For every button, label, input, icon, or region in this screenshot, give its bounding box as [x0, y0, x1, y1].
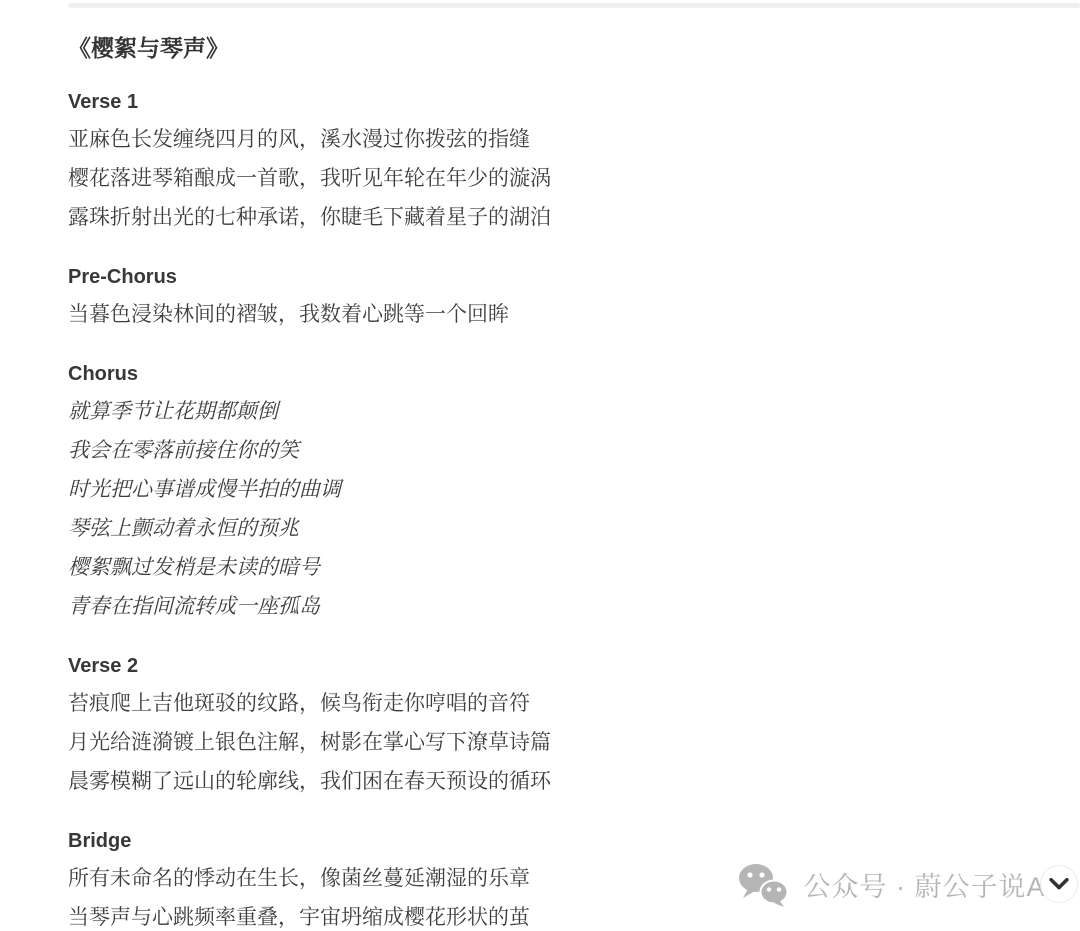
lyric-line: 樱絮飘过发梢是未读的暗号 — [68, 548, 660, 587]
lyrics-sections: Verse 1亚麻色长发缠绕四月的风，溪水漫过你拨弦的指缝樱花落进琴箱酿成一首歌… — [68, 90, 660, 931]
top-divider — [68, 3, 1080, 8]
section-heading: Verse 2 — [68, 654, 660, 678]
lyric-line: 时光把心事谱成慢半拍的曲调 — [68, 470, 660, 509]
watermark-text: 公众号 · 蔚公子说AI — [803, 865, 1054, 904]
section-heading: Verse 1 — [68, 90, 660, 114]
lyric-line: 月光给涟漪镀上银色注解，树影在掌心写下潦草诗篇 — [68, 723, 660, 762]
lyric-line: 亚麻色长发缠绕四月的风，溪水漫过你拨弦的指缝 — [68, 120, 660, 159]
section-heading: Bridge — [68, 829, 660, 853]
watermark: 公众号 · 蔚公子说AI — [737, 860, 1078, 908]
lyric-line: 所有未命名的悸动在生长，像菌丝蔓延潮湿的乐章 — [68, 859, 660, 898]
section-heading: Chorus — [68, 362, 660, 386]
lyric-line: 青春在指间流转成一座孤岛 — [68, 587, 660, 626]
lyric-line: 琴弦上颤动着永恒的预兆 — [68, 509, 660, 548]
lyric-line: 当琴声与心跳频率重叠，宇宙坍缩成樱花形状的茧 — [68, 898, 660, 931]
section-heading: Pre-Chorus — [68, 265, 660, 289]
song-title: 《樱絮与琴声》 — [68, 34, 660, 62]
lyric-line: 樱花落进琴箱酿成一首歌，我听见年轮在年少的漩涡 — [68, 159, 660, 198]
chevron-down-icon — [1049, 877, 1069, 891]
lyric-line: 我会在零落前接住你的笑 — [68, 431, 660, 470]
lyrics-document: 《樱絮与琴声》 Verse 1亚麻色长发缠绕四月的风，溪水漫过你拨弦的指缝樱花落… — [0, 0, 660, 931]
lyric-line: 露珠折射出光的七种承诺，你睫毛下藏着星子的湖泊 — [68, 198, 660, 237]
lyric-line: 晨雾模糊了远山的轮廓线，我们困在春天预设的循环 — [68, 762, 660, 801]
collapse-button[interactable] — [1040, 865, 1078, 903]
lyric-line: 就算季节让花期都颠倒 — [68, 392, 660, 431]
lyric-line: 苔痕爬上吉他斑驳的纹路，候鸟衔走你哼唱的音符 — [68, 684, 660, 723]
lyric-line: 当暮色浸染林间的褶皱，我数着心跳等一个回眸 — [68, 295, 660, 334]
wechat-icon — [737, 862, 789, 907]
